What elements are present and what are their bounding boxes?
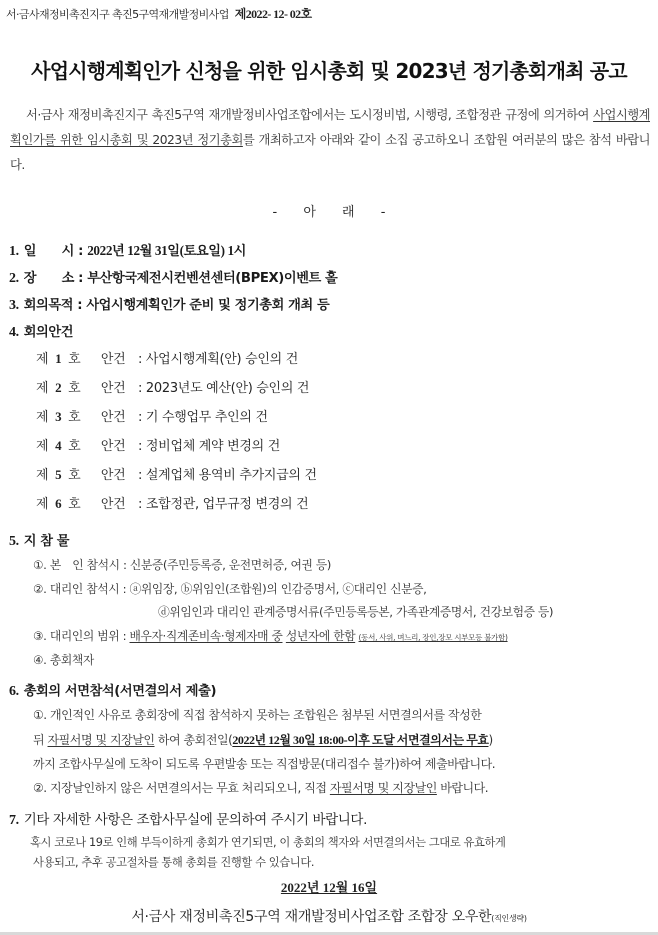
bring-item-self: ①. 본 인 참석시 : 신분증(주민등록증, 운전면허증, 여권 등) (33, 556, 331, 573)
text: 하여 총회전일( (155, 733, 233, 747)
item-label: 대리인의 범위 (50, 629, 119, 643)
agenda-prefix: 제 (36, 439, 48, 454)
text: 바랍니다. (437, 781, 488, 795)
agenda-prefix: 제 (36, 381, 48, 396)
agenda-suffix: 호 (68, 468, 80, 483)
page-title: 사업시행계획인가 신청을 위한 임시총회 및 2023년 정기총회개최 공고 (0, 55, 658, 84)
seal-omitted: (직인생략) (491, 914, 526, 923)
bring-item-booklet: ④. 총회책자 (33, 651, 94, 668)
section-number: 7. (9, 813, 19, 828)
bring-item-proxy-line2: ⓓ위임인과 대리인 관계증명서류(주민등록등본, 가족관계증명서, 건강보험증 … (158, 603, 553, 620)
signer-name: 서·금사 재정비촉진5구역 재개발정비사업조합 조합장 오우한 (131, 909, 491, 925)
below-heading: - 아 래 - (0, 201, 658, 220)
section-place: 2.장 소 : 부산항국제전시컨벤션센터(BPEX)이벤트 홀 (9, 267, 337, 287)
agenda-item: 제 5 호 안건: 설계업체 용역비 추가지급의 건 (36, 464, 317, 483)
section-value: 부산항국제전시컨벤션센터(BPEX)이벤트 홀 (87, 271, 337, 286)
section-agenda: 4.회의안건 (9, 321, 73, 341)
agenda-number: 4 (55, 438, 61, 453)
agenda-text: 2023년도 예산(안) 승인의 건 (146, 381, 309, 396)
section-value: 2022년 12월 31일(토요일) 1시 (87, 243, 246, 258)
item-label: 대리인 참석시 (50, 582, 119, 596)
agenda-kind: 안건 (101, 352, 126, 367)
item-label: 총회책자 (50, 653, 94, 667)
section-number: 4. (9, 325, 19, 340)
agenda-text: 사업시행계획(안) 승인의 건 (146, 352, 298, 367)
item-underlined: 성년자에 한함 (286, 629, 355, 643)
section-number: 2. (9, 271, 19, 286)
section-value: 사업시행계획인가 준비 및 정기총회 개최 등 (86, 298, 329, 313)
section-label: 회의안건 (24, 325, 73, 340)
text: ) (488, 733, 492, 747)
section-purpose: 3.회의목적 : 사업시행계획인가 준비 및 정기총회 개최 등 (9, 294, 329, 314)
item-mark: ②. (33, 582, 47, 596)
intro-text-1: 서·금사 재정비촉진지구 촉진5구역 재개발정비사업조합에서는 도시정비법, 시… (26, 108, 593, 122)
section-other: 7.기타 자세한 사항은 조합사무실에 문의하여 주시기 바랍니다. (9, 808, 367, 829)
agenda-kind: 안건 (101, 439, 126, 454)
written-para-2: ②. 지장날인하지 않은 서면결의서는 무효 처리되오니, 직접 자필서명 및 … (33, 779, 648, 796)
section-number: 1. (9, 244, 19, 259)
agenda-number: 1 (55, 351, 61, 366)
written-para-1-line2: 뒤 자필서명 및 지장날인 하여 총회전일(2022년 12월 30일 18:0… (33, 731, 648, 748)
covid-note-line2: 사용되고, 추후 공고절차를 통해 총회를 진행할 수 있습니다. (33, 854, 314, 870)
agenda-number: 3 (55, 409, 61, 424)
item-text: 신분증(주민등록증, 운전면허증, 여권 등) (130, 558, 331, 572)
document-org: 서·금사재정비촉진지구 촉진5구역재개발정비사업 (6, 8, 229, 21)
agenda-kind: 안건 (101, 468, 126, 483)
item-mark: ③. (33, 629, 47, 643)
bring-item-proxy-scope: ③. 대리인의 범위 : 배우자·직계존비속·형제자매 중 성년자에 한함 (동… (33, 627, 508, 644)
notice-document: 서·금사재정비촉진지구 촉진5구역재개발정비사업제2022- 12- 02호 사… (0, 0, 658, 932)
item-text: ⓐ위임장, ⓑ위임인(조합원)의 인감증명서, ⓒ대리인 신분증, (130, 582, 427, 596)
covid-note-line1: 혹시 코로나 19로 인해 부득이하게 총회가 연기되면, 이 총회의 책자와 … (30, 834, 506, 850)
agenda-suffix: 호 (68, 381, 80, 396)
agenda-item: 제 2 호 안건: 2023년도 예산(안) 승인의 건 (36, 377, 309, 396)
agenda-item: 제 4 호 안건: 정비업체 계약 변경의 건 (36, 435, 280, 454)
colon: : (73, 298, 86, 313)
written-para-1-line1: ①. 개인적인 사유로 총회장에 직접 참석하지 못하는 조합원은 첨부된 서면… (33, 706, 648, 723)
document-number: 서·금사재정비촉진지구 촉진5구역재개발정비사업제2022- 12- 02호 (6, 5, 312, 22)
item-small-note: (동서, 사위, 며느리, 장인,장모 시부모등 불가함) (359, 633, 508, 642)
agenda-number: 2 (55, 380, 61, 395)
agenda-prefix: 제 (36, 352, 48, 367)
agenda-text: 정비업체 계약 변경의 건 (146, 439, 280, 454)
agenda-item: 제 1 호 안건: 사업시행계획(안) 승인의 건 (36, 348, 298, 367)
section-label: 회의목적 (24, 298, 73, 313)
item-underlined: 배우자·직계존비속·형제자매 중 (130, 629, 283, 643)
intro-paragraph: 서·금사 재정비촉진지구 촉진5구역 재개발정비사업조합에서는 도시정비법, 시… (10, 103, 650, 178)
section-label: 장 소 (24, 271, 74, 286)
agenda-suffix: 호 (68, 410, 80, 425)
agenda-prefix: 제 (36, 410, 48, 425)
section-label: 지 참 물 (24, 534, 69, 549)
section-label: 일 시 (24, 244, 74, 259)
section-label: 기타 자세한 사항은 조합사무실에 문의하여 주시기 바랍니다. (24, 812, 367, 828)
agenda-kind: 안건 (101, 410, 126, 425)
underlined-text: 자필서명 및 지장날인 (48, 733, 155, 747)
agenda-text: 기 수행업무 추인의 건 (146, 410, 268, 425)
section-number: 3. (9, 298, 19, 313)
agenda-prefix: 제 (36, 497, 48, 512)
underlined-text: 자필서명 및 지장날인 (330, 781, 437, 795)
section-label: 총회의 서면참석(서면결의서 제출) (24, 684, 216, 699)
document-serial: 제2022- 12- 02호 (235, 7, 312, 21)
issue-date: 2022년 12월 16일 (0, 877, 658, 896)
agenda-kind: 안건 (101, 497, 126, 512)
section-number: 5. (9, 534, 19, 549)
agenda-text: 조합정관, 업무규정 변경의 건 (146, 497, 308, 512)
section-datetime: 1.일 시 : 2022년 12월 31일(토요일) 1시 (9, 240, 246, 260)
agenda-kind: 안건 (101, 381, 126, 396)
agenda-suffix: 호 (68, 439, 80, 454)
item-mark: ①. (33, 558, 47, 572)
bring-item-proxy: ②. 대리인 참석시 : ⓐ위임장, ⓑ위임인(조합원)의 인감증명서, ⓒ대리… (33, 580, 426, 597)
agenda-number: 6 (55, 496, 61, 511)
written-para-1-line3: 까지 조합사무실에 도착이 되도록 우편발송 또는 직접방문(대리접수 불가)하… (33, 755, 648, 772)
agenda-item: 제 3 호 안건: 기 수행업무 추인의 건 (36, 406, 268, 425)
agenda-text: 설계업체 용역비 추가지급의 건 (146, 468, 317, 483)
agenda-item: 제 6 호 안건: 조합정관, 업무규정 변경의 건 (36, 493, 308, 512)
deadline-text: 2022년 12월 30일 18:00-이후 도달 서면결의서는 무효 (232, 733, 488, 747)
item-mark: ④. (33, 653, 47, 667)
section-number: 6. (9, 684, 19, 699)
agenda-suffix: 호 (68, 497, 80, 512)
agenda-suffix: 호 (68, 352, 80, 367)
item-label: 본 인 참석시 (50, 558, 120, 572)
colon: : (74, 244, 87, 259)
agenda-prefix: 제 (36, 468, 48, 483)
section-items-to-bring: 5.지 참 물 (9, 530, 69, 550)
text: ②. 지장날인하지 않은 서면결의서는 무효 처리되오니, 직접 (33, 781, 330, 795)
colon: : (74, 271, 87, 286)
agenda-number: 5 (55, 467, 61, 482)
text: 뒤 (33, 733, 48, 747)
section-written-attendance: 6.총회의 서면참석(서면결의서 제출) (9, 680, 216, 700)
signer-line: 서·금사 재정비촉진5구역 재개발정비사업조합 조합장 오우한(직인생략) (0, 906, 658, 926)
